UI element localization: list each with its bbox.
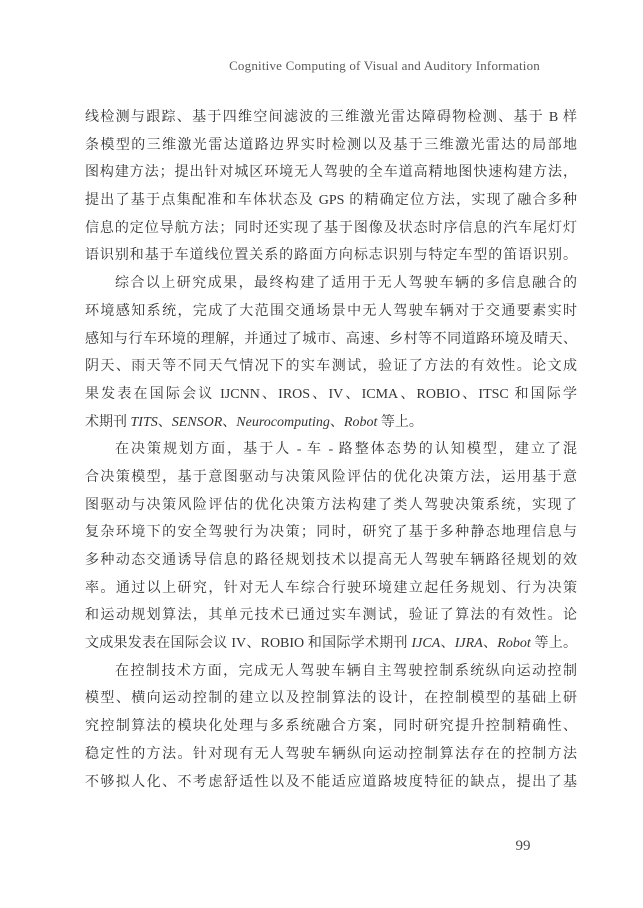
text-line: 在决策规划方面，基于人 - 车 - 路整体态势的认知模型，建立了混 <box>85 436 577 464</box>
text-segment: 信息的定位导航方法；同时还实现了基于图像及状态时序信息的汽车尾灯灯 <box>85 221 577 236</box>
text-line: 感知与行车环境的理解，并通过了城市、高速、乡村等不同道路环境及晴天、 <box>85 326 577 354</box>
text-segment: 在控制技术方面，完成无人驾驶车辆自主驾驶控制系统纵向运动控制 <box>115 664 577 679</box>
journal-name-italic: TITS <box>131 415 158 430</box>
text-line: 稳定性的方法。针对现有无人驾驶车辆纵向运动控制算法存在的控制方法 <box>85 741 577 769</box>
text-segment: 在决策规划方面，基于人 - 车 - 路整体态势的认知模型，建立了混 <box>115 442 577 457</box>
running-header: Cognitive Computing of Visual and Audito… <box>229 58 540 74</box>
text-segment: 、 <box>330 415 344 430</box>
text-line: 果发表在国际会议 IJCNN、IROS、IV、ICMA、ROBIO、ITSC 和… <box>85 381 577 409</box>
text-segment: 术期刊 <box>85 415 131 430</box>
text-line: 不够拟人化、不考虑舒适性以及不能适应道路坡度特征的缺点，提出了基 <box>85 769 577 797</box>
text-line: 文成果发表在国际会议 IV、ROBIO 和国际学术期刊 IJCA、IJRA、Ro… <box>85 630 577 658</box>
journal-name-italic: IJCA <box>411 636 440 651</box>
journal-name-italic: Robot <box>497 636 530 651</box>
text-segment: 线检测与跟踪、基于四维空间滤波的三维激光雷达障碍物检测、基于 B 样 <box>85 110 577 125</box>
text-line: 术期刊 TITS、SENSOR、Neurocomputing、Robot 等上。 <box>85 409 577 437</box>
text-segment: 、 <box>222 415 236 430</box>
text-segment: 合决策模型，基于意图驱动与决策风险评估的优化决策方法，运用基于意 <box>85 470 577 485</box>
text-segment: 率。通过以上研究，针对无人车综合行驶环境建立起任务规划、行为决策 <box>85 581 577 596</box>
text-line: 语识别和基于车道线位置关系的路面方向标志识别与特定车型的笛语识别。 <box>85 242 577 270</box>
text-segment: 、 <box>483 636 498 651</box>
text-line: 环境感知系统，完成了大范围交通场景中无人驾驶车辆对于交通要素实时 <box>85 298 577 326</box>
text-segment: 文成果发表在国际会议 IV、ROBIO 和国际学术期刊 <box>85 636 411 651</box>
text-line: 图构建方法；提出针对城区环境无人驾驶的全车道高精地图快速构建方法， <box>85 159 577 187</box>
text-segment: 提出了基于点集配准和车体状态及 GPS 的精确定位方法，实现了融合多种 <box>85 193 577 208</box>
text-segment: 图驱动与决策风险评估的优化决策方法构建了类人驾驶决策系统，实现了 <box>85 498 577 513</box>
text-segment: 条模型的三维激光雷达道路边界实时检测以及基于三维激光雷达的局部地 <box>85 138 577 153</box>
text-line: 合决策模型，基于意图驱动与决策风险评估的优化决策方法，运用基于意 <box>85 464 577 492</box>
text-segment: 、 <box>158 415 172 430</box>
journal-name-italic: Robot <box>344 415 377 430</box>
text-segment: 环境感知系统，完成了大范围交通场景中无人驾驶车辆对于交通要素实时 <box>85 304 577 319</box>
text-line: 综合以上研究成果，最终构建了适用于无人驾驶车辆的多信息融合的 <box>85 270 577 298</box>
text-line: 多种动态交通诱导信息的路径规划技术以提高无人驾驶车辆路径规划的效 <box>85 547 577 575</box>
text-segment: 语识别和基于车道线位置关系的路面方向标志识别与特定车型的笛语识别。 <box>85 248 577 263</box>
text-segment: 不够拟人化、不考虑舒适性以及不能适应道路坡度特征的缺点，提出了基 <box>85 775 577 790</box>
body-text: 线检测与跟踪、基于四维空间滤波的三维激光雷达障碍物检测、基于 B 样条模型的三维… <box>85 104 577 796</box>
journal-name-italic: Neurocomputing <box>236 415 330 430</box>
page-number: 99 <box>510 838 536 855</box>
running-header-title: Cognitive Computing of Visual and Audito… <box>229 58 540 73</box>
text-segment: 稳定性的方法。针对现有无人驾驶车辆纵向运动控制算法存在的控制方法 <box>85 747 577 762</box>
journal-name-italic: IJRA <box>455 636 483 651</box>
text-segment: 、 <box>440 636 455 651</box>
document-page: Cognitive Computing of Visual and Audito… <box>0 0 643 908</box>
text-segment: 综合以上研究成果，最终构建了适用于无人驾驶车辆的多信息融合的 <box>115 276 577 291</box>
text-segment: 阴天、雨天等不同天气情况下的实车测试，验证了方法的有效性。论文成 <box>85 359 577 374</box>
journal-name-italic: SENSOR <box>172 415 223 430</box>
text-line: 在控制技术方面，完成无人驾驶车辆自主驾驶控制系统纵向运动控制 <box>85 658 577 686</box>
text-line: 提出了基于点集配准和车体状态及 GPS 的精确定位方法，实现了融合多种 <box>85 187 577 215</box>
text-line: 率。通过以上研究，针对无人车综合行驶环境建立起任务规划、行为决策 <box>85 575 577 603</box>
text-line: 信息的定位导航方法；同时还实现了基于图像及状态时序信息的汽车尾灯灯 <box>85 215 577 243</box>
text-segment: 和运动规划算法，其单元技术已通过实车测试，验证了算法的有效性。论 <box>85 608 577 623</box>
text-line: 阴天、雨天等不同天气情况下的实车测试，验证了方法的有效性。论文成 <box>85 353 577 381</box>
text-line: 线检测与跟踪、基于四维空间滤波的三维激光雷达障碍物检测、基于 B 样 <box>85 104 577 132</box>
text-segment: 果发表在国际会议 IJCNN、IROS、IV、ICMA、ROBIO、ITSC 和… <box>85 387 577 402</box>
text-segment: 多种动态交通诱导信息的路径规划技术以提高无人驾驶车辆路径规划的效 <box>85 553 577 568</box>
text-line: 复杂环境下的安全驾驶行为决策；同时，研究了基于多种静态地理信息与 <box>85 519 577 547</box>
text-line: 条模型的三维激光雷达道路边界实时检测以及基于三维激光雷达的局部地 <box>85 132 577 160</box>
text-segment: 图构建方法；提出针对城区环境无人驾驶的全车道高精地图快速构建方法， <box>85 165 577 180</box>
text-segment: 模型、横向运动控制的建立以及控制算法的设计，在控制模型的基础上研 <box>85 691 577 706</box>
text-segment: 等上。 <box>377 415 423 430</box>
text-segment: 究控制算法的模块化处理与多系统融合方案，同时研究提升控制精确性、 <box>85 719 577 734</box>
text-line: 和运动规划算法，其单元技术已通过实车测试，验证了算法的有效性。论 <box>85 602 577 630</box>
text-line: 图驱动与决策风险评估的优化决策方法构建了类人驾驶决策系统，实现了 <box>85 492 577 520</box>
text-segment: 复杂环境下的安全驾驶行为决策；同时，研究了基于多种静态地理信息与 <box>85 525 577 540</box>
text-segment: 感知与行车环境的理解，并通过了城市、高速、乡村等不同道路环境及晴天、 <box>85 332 577 347</box>
text-line: 究控制算法的模块化处理与多系统融合方案，同时研究提升控制精确性、 <box>85 713 577 741</box>
text-line: 模型、横向运动控制的建立以及控制算法的设计，在控制模型的基础上研 <box>85 685 577 713</box>
text-segment: 等上。 <box>531 636 577 651</box>
